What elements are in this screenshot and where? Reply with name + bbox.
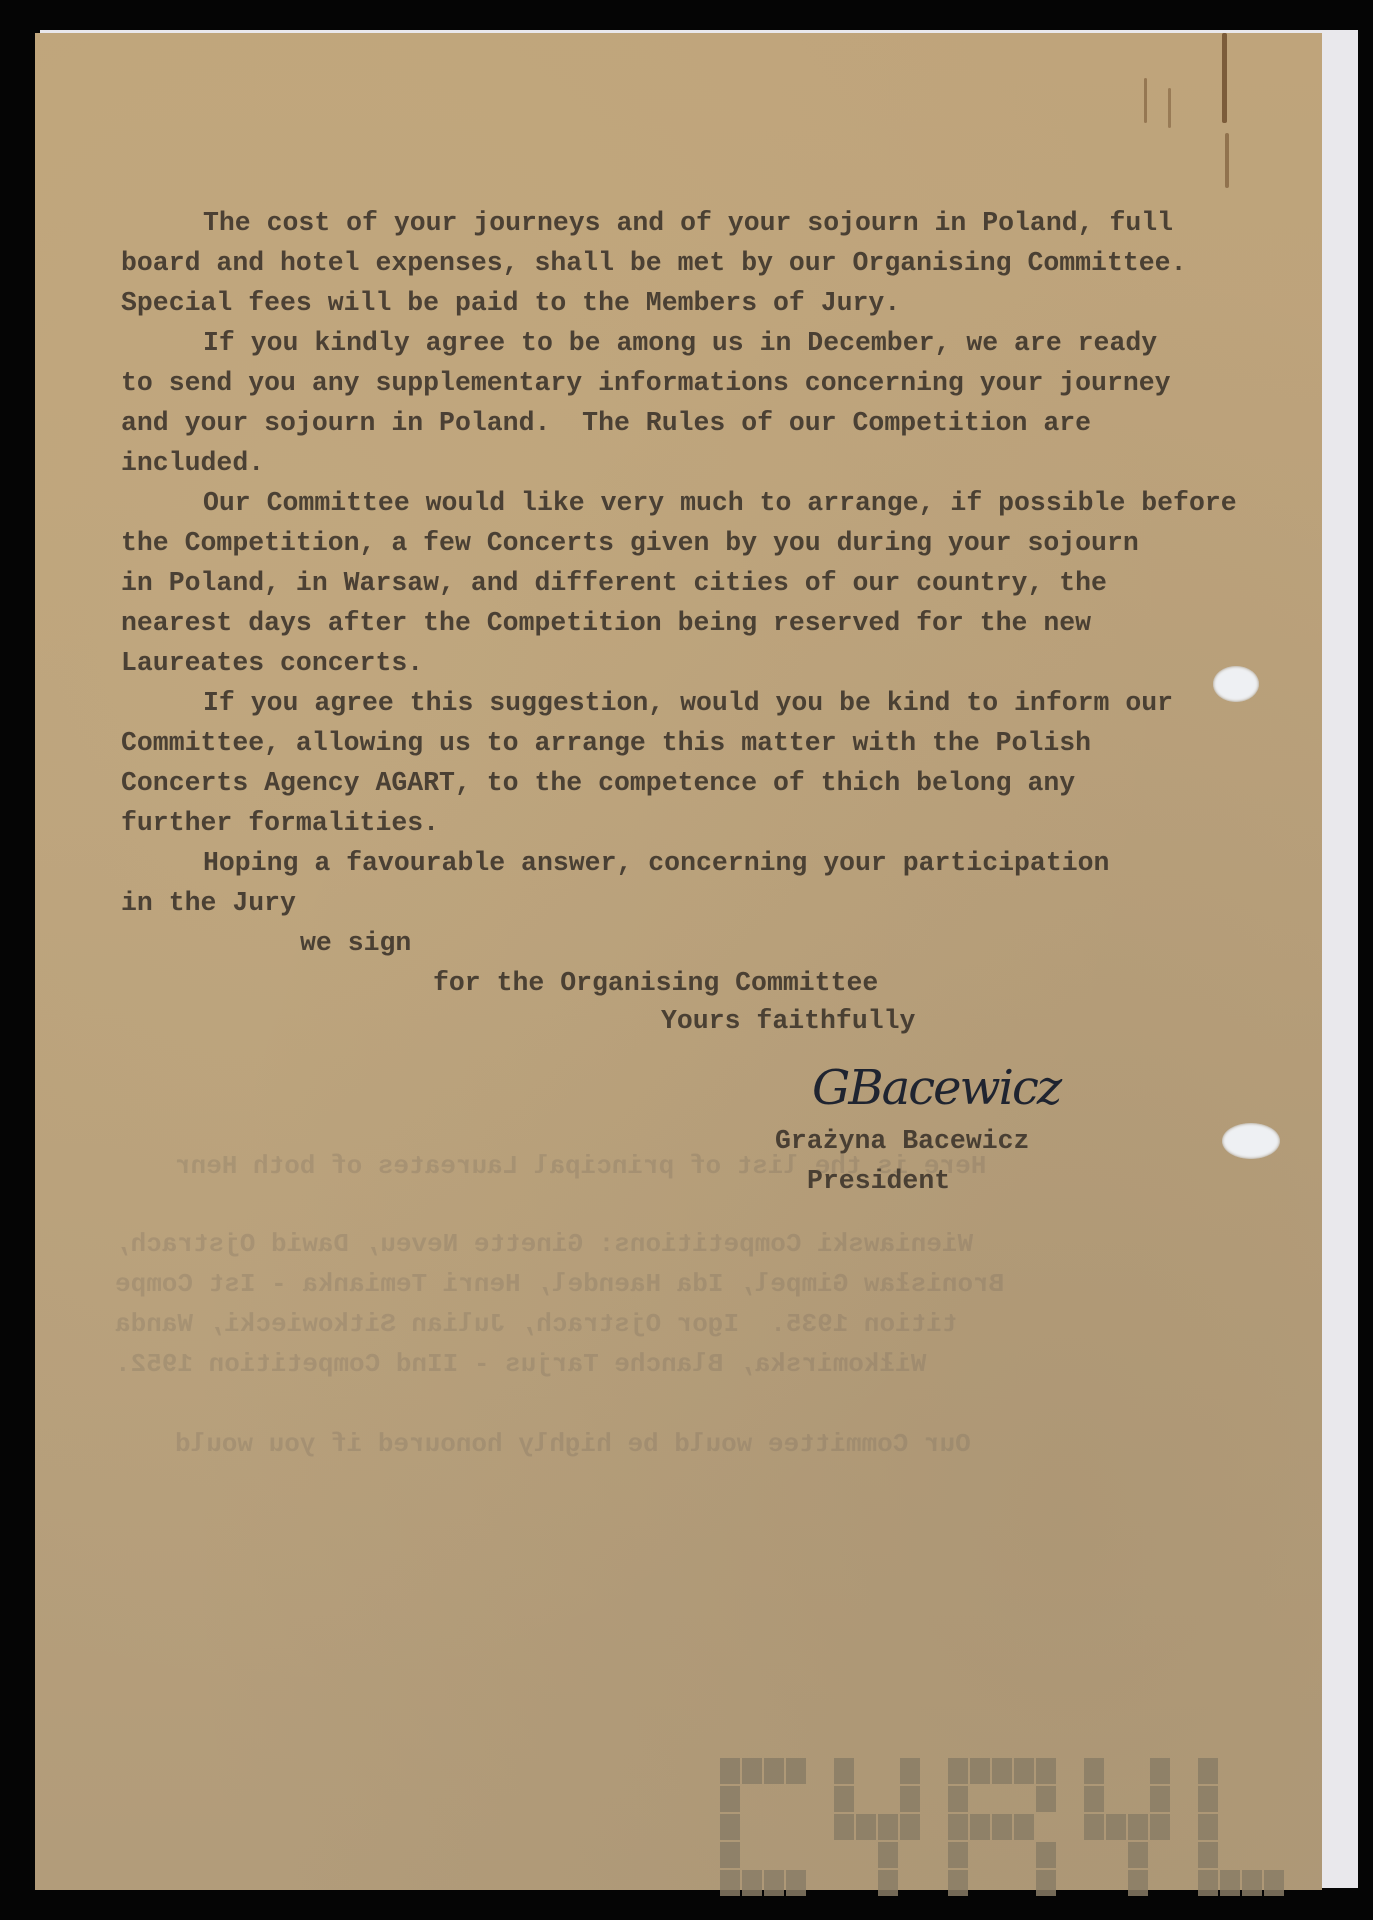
watermark-pixel [900,1758,920,1784]
closing-yours-faithfully: Yours faithfully [661,1008,915,1035]
punch-hole [1213,666,1259,702]
watermark-pixel [1150,1758,1170,1784]
watermark-pixel [1084,1758,1104,1784]
body-line: Laureates concerts. [121,650,423,677]
watermark-pixel [878,1842,898,1868]
watermark-pixel [948,1814,968,1840]
closing-for-committee: for the Organising Committee [433,970,878,997]
body-line: nearest days after the Competition being… [121,610,1091,637]
bleed-through-line: Wieniawski Competitions: Ginette Neveu, … [115,1231,973,1257]
handwritten-signature: GBacewicz [812,1060,1060,1116]
watermark-pixel [948,1870,968,1896]
signatory-title: President [807,1168,950,1195]
watermark-pixel [1036,1786,1056,1812]
punch-hole [1222,1123,1280,1159]
closing-we-sign: we sign [300,930,411,957]
watermark-pixel [992,1758,1012,1784]
watermark-pixel [1014,1814,1034,1840]
signatory-name: Grażyna Bacewicz [775,1128,1029,1155]
watermark-pixel [900,1786,920,1812]
body-line: Our Committee would like very much to ar… [203,490,1237,517]
bleed-through-line: Our Committee would be highly honoured i… [175,1431,971,1457]
body-line: to send you any supplementary informatio… [121,370,1171,397]
body-line: included. [121,450,264,477]
watermark-pixel [1220,1870,1240,1896]
watermark-pixel [1084,1786,1104,1812]
watermark-pixel [1198,1758,1218,1784]
watermark-pixel [1128,1870,1148,1896]
watermark-pixel [834,1758,854,1784]
watermark-pixel [720,1814,740,1840]
watermark-pixel [720,1870,740,1896]
watermark-pixel [970,1758,990,1784]
body-line: in Poland, in Warsaw, and different citi… [121,570,1107,597]
body-line: If you kindly agree to be among us in De… [203,330,1157,357]
body-line: in the Jury [121,890,296,917]
watermark-pixel [948,1786,968,1812]
watermark-pixel [1036,1758,1056,1784]
watermark-pixel [1198,1870,1218,1896]
body-line: Concerts Agency AGART, to the competence… [121,770,1075,797]
staple-mark [1168,88,1171,128]
watermark-pixel [948,1758,968,1784]
body-line: the Competition, a few Concerts given by… [121,530,1139,557]
bleed-through-line: tition 1935. Igor Ojstrach, Julian Sitko… [115,1311,958,1337]
watermark-pixel [720,1758,740,1784]
bleed-through-line: Bronisław Gimpel, Ida Haendel, Henri Tem… [115,1271,1004,1297]
watermark-pixel [786,1758,806,1784]
watermark-pixel [1198,1814,1218,1840]
watermark-pixel [786,1870,806,1896]
watermark-pixel [720,1842,740,1868]
watermark-pixel [1150,1786,1170,1812]
watermark-pixel [900,1814,920,1840]
watermark-pixel [1036,1842,1056,1868]
body-line: If you agree this suggestion, would you … [203,690,1173,717]
watermark-pixel [1198,1786,1218,1812]
body-line: Committee, allowing us to arrange this m… [121,730,1091,757]
watermark-pixel [970,1814,990,1840]
watermark-pixel [742,1758,762,1784]
watermark-pixel [1128,1842,1148,1868]
watermark-pixel [948,1842,968,1868]
body-line: The cost of your journeys and of your so… [203,210,1173,237]
watermark-pixel [834,1814,854,1840]
watermark-pixel [1014,1758,1034,1784]
bleed-through-line: Wiłkomirska, Blanche Tarjus - IInd Compe… [115,1351,926,1377]
watermark-pixel [764,1758,784,1784]
watermark-pixel [878,1870,898,1896]
watermark-pixel [1198,1842,1218,1868]
watermark-pixel [1150,1814,1170,1840]
body-line: Special fees will be paid to the Members… [121,290,900,317]
watermark-pixel [1264,1870,1284,1896]
watermark-pixel [834,1786,854,1812]
watermark-pixel [720,1786,740,1812]
body-line: further formalities. [121,810,439,837]
body-line: board and hotel expenses, shall be met b… [121,250,1186,277]
watermark-pixel [742,1870,762,1896]
watermark-pixel [1084,1814,1104,1840]
watermark-pixel [1242,1870,1262,1896]
staple-mark [1144,78,1147,123]
watermark-pixel [878,1814,898,1840]
watermark-pixel [1128,1814,1148,1840]
staple-mark [1225,133,1229,188]
body-line: and your sojourn in Poland. The Rules of… [121,410,1091,437]
watermark-pixel [764,1870,784,1896]
body-line: Hoping a favourable answer, concerning y… [203,850,1109,877]
watermark-pixel [856,1814,876,1840]
staple-mark [1222,33,1227,123]
watermark-pixel [992,1814,1012,1840]
watermark-pixel [1036,1870,1056,1896]
watermark-pixel [1106,1814,1126,1840]
